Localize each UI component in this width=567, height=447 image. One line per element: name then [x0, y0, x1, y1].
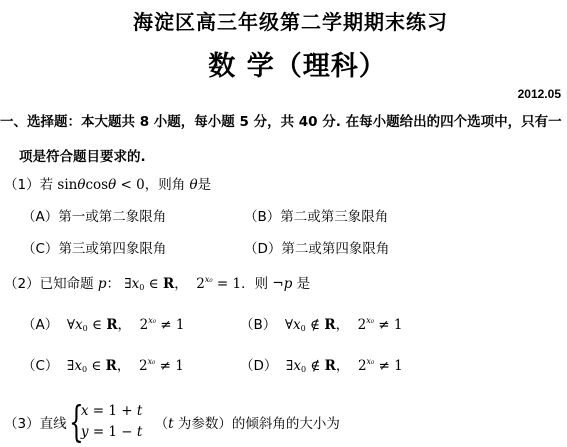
- option-text: 第三或第四象限角: [58, 241, 166, 257]
- question-1-option-a[interactable]: （A）第一或第二象限角: [22, 205, 166, 225]
- stem-suffix: 的倾斜角的大小为: [232, 412, 340, 432]
- question-1-option-c[interactable]: （C）第三或第四象限角: [22, 237, 166, 257]
- option-label: （D）: [244, 241, 281, 257]
- question-1-option-b[interactable]: （B）第二或第三象限角: [244, 205, 388, 225]
- option-text: 第二或第三象限角: [280, 209, 388, 225]
- question-3-stem: （3）直线 { x = 1 + t y = 1 − t （t 为参数）的倾斜角的…: [4, 401, 340, 443]
- stem-prefix: 已知命题: [40, 276, 94, 292]
- option-label: （C）: [22, 358, 58, 374]
- option-text: 第二或第四象限角: [281, 241, 389, 257]
- stem-colon: ：: [107, 276, 121, 292]
- option-label: （C）: [22, 241, 58, 257]
- exam-subject: 数 学（理科）: [0, 44, 567, 83]
- question-2-option-b[interactable]: （B） ∀x0 ∉ R， 2x₀ ≠ 1: [240, 313, 402, 333]
- option-label: （A）: [22, 209, 58, 225]
- option-label: （B）: [244, 209, 280, 225]
- section-instructions-line2: 项是符合题目要求的.: [19, 145, 146, 165]
- question-number: （3）: [4, 412, 40, 432]
- option-label: （D）: [240, 358, 277, 374]
- option-text: 第一或第二象限角: [58, 209, 166, 225]
- parametric-system: { x = 1 + t y = 1 − t: [71, 401, 142, 443]
- stem-math: sinθcosθ < 0: [57, 177, 144, 193]
- stem-suffix: ，则角 θ是: [145, 177, 211, 193]
- question-1-stem: （1）若 sinθcosθ < 0，则角 θ是: [4, 173, 211, 193]
- left-brace-icon: {: [69, 397, 84, 447]
- question-2-option-d[interactable]: （D） ∃x0 ∉ R， 2x₀ ≠ 1: [240, 354, 403, 374]
- option-math: ∃x0 ∉ R， 2x₀ ≠ 1: [282, 358, 403, 374]
- option-math: ∀x0 ∈ R， 2x₀ ≠ 1: [63, 317, 185, 333]
- stem-prefix: 直线: [40, 412, 67, 432]
- stem-prefix: 若: [40, 177, 54, 193]
- proposition-var: p: [98, 276, 107, 292]
- question-1-option-d[interactable]: （D）第二或第四象限角: [244, 237, 389, 257]
- exam-date: 2012.05: [518, 87, 561, 101]
- option-math: ∃x0 ∈ R， 2x₀ ≠ 1: [63, 358, 184, 374]
- question-2-option-c[interactable]: （C） ∃x0 ∈ R， 2x₀ ≠ 1: [22, 354, 184, 374]
- option-math: ∀x0 ∉ R， 2x₀ ≠ 1: [281, 317, 403, 333]
- question-number: （2）: [4, 276, 40, 292]
- stem-suffix: 则 ¬p 是: [255, 276, 311, 292]
- section-instructions-line1: 一、选择题：本大题共 8 小题，每小题 5 分，共 40 分. 在每小题给出的四…: [0, 110, 562, 130]
- equation-y: y = 1 − t: [81, 422, 142, 443]
- exam-title: 海淀区高三年级第二学期期末练习: [0, 6, 567, 35]
- param-note: （t 为参数）: [155, 412, 232, 432]
- option-label: （A）: [22, 317, 58, 333]
- question-2-option-a[interactable]: （A） ∀x0 ∈ R， 2x₀ ≠ 1: [22, 313, 184, 333]
- stem-math: ∃x0 ∈ R， 2x₀ = 1．: [124, 276, 254, 292]
- question-number: （1）: [4, 177, 40, 193]
- question-2-stem: （2）已知命题 p： ∃x0 ∈ R， 2x₀ = 1．则 ¬p 是: [4, 272, 310, 292]
- equation-x: x = 1 + t: [81, 401, 142, 422]
- option-label: （B）: [240, 317, 276, 333]
